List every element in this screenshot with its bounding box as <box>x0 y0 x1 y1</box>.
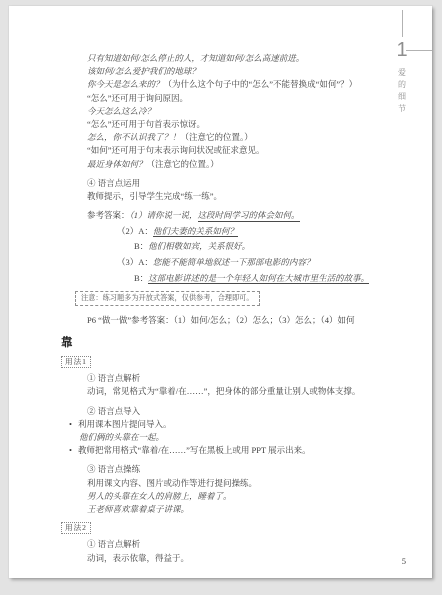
answer-underlined: 这段时间学习的体会如何。 <box>198 210 300 222</box>
grammar-rule: “如何”还可用于句末表示询问状况或征求意见。 <box>87 144 384 157</box>
example-text: 怎么，你不认识我了？！ <box>87 132 181 142</box>
answer-prefix: （3）A： <box>117 257 153 267</box>
grammar-rule: “怎么”还可用于询问原因。 <box>87 92 384 105</box>
answer-prefix: B： <box>134 273 148 283</box>
step-heading: ① 语言点解析 <box>87 538 384 551</box>
grammar-explanation: 动词，表示依靠，得益于。 <box>87 552 384 565</box>
example-sentence: 男人的头靠在女人的肩膀上，睡着了。 <box>87 490 384 503</box>
example-sentence: 你今天是怎么来的？（为什么这个句子中的“怎么”不能替换成“如何”？） <box>87 78 384 91</box>
step-heading: ② 语言点导入 <box>87 405 384 418</box>
page-sheet: 1 爱的细节 只有知道如何/怎么停止的人，才知道如何/怎么高速前进。 该如何/怎… <box>9 6 432 578</box>
answer-line-3a: （3）A：您能不能简单地叙述一下那部电影的内容？ <box>117 256 384 269</box>
example-sentence: 该如何/怎么爱护我们的地球？ <box>87 65 384 78</box>
step-heading-apply: ④ 语言点运用 <box>87 177 384 190</box>
usage2-label: 用法2 <box>61 522 91 534</box>
unit-title-vertical: 爱的细节 <box>397 68 408 116</box>
teacher-note: （注意它的位置。） <box>181 132 253 142</box>
answers-label: 参考答案： <box>87 210 130 220</box>
answer-underlined: 这部电影讲述的是一个年轻人如何在大城市里生活的故事。 <box>148 273 369 285</box>
bullet-icon: • <box>69 444 78 457</box>
unit-tab-vertical-rule <box>402 10 403 37</box>
step-heading: ① 语言点解析 <box>87 372 384 385</box>
unit-tab-horizontal-rule <box>406 50 432 51</box>
grammar-explanation: 动词，常见格式为“靠着/在……”，把身体的部分重量让别人或物体支撑。 <box>87 385 384 398</box>
teacher-note: （为什么这个句子中的“怎么”不能替换成“如何”？） <box>164 79 358 89</box>
answer-line-2b: B：他们相敬如宾，关系很好。 <box>134 240 384 253</box>
answer-text: 您能不能简单地叙述一下那部电影的内容？ <box>153 257 315 267</box>
drill-instruction: 利用课文内容、图片或动作等进行提问操练。 <box>87 477 384 490</box>
example-sentence: 怎么，你不认识我了？！（注意它的位置。） <box>87 131 384 144</box>
page-body: 只有知道如何/怎么停止的人，才知道如何/怎么高速前进。 该如何/怎么爱护我们的地… <box>61 52 384 565</box>
bullet-text: 教师把常用格式“靠着/在……”写在黑板上或用 PPT 展示出来。 <box>78 445 311 455</box>
answer-prefix: （1）请你说一说， <box>130 210 198 220</box>
answer-text: 他们相敬如宾，关系很好。 <box>148 241 250 251</box>
answer-line-3b: B：这部电影讲述的是一个年轻人如何在大城市里生活的故事。 <box>134 272 384 285</box>
example-text: 最近身体如何？ <box>87 159 147 169</box>
page-number: 5 <box>402 556 406 566</box>
notice-box: 注意：练习题多为开放式答案，仅供参考，合理即可。 <box>75 291 260 306</box>
unit-margin-tab: 1 爱的细节 <box>380 10 424 116</box>
step-heading: ③ 语言点操练 <box>87 463 384 476</box>
answer-line-2a: （2）A：他们夫妻的关系如何？ <box>117 225 384 238</box>
example-sentence: 只有知道如何/怎么停止的人，才知道如何/怎么高速前进。 <box>87 52 384 65</box>
example-sentence: 今天怎么这么冷？ <box>87 105 384 118</box>
grammar-rule: “怎么”还可用于句首表示惊讶。 <box>87 118 384 131</box>
grammar-headword: 靠 <box>61 336 384 350</box>
example-sentence: 他们俩的头靠在一起。 <box>79 431 384 444</box>
answer-line-1: 参考答案：（1）请你说一说，这段时间学习的体会如何。 <box>87 209 384 222</box>
answer-prefix: （2）A： <box>117 226 153 236</box>
answer-underlined: 他们夫妻的关系如何？ <box>153 226 238 238</box>
teacher-note: （注意它的位置。） <box>147 159 219 169</box>
answer-prefix: B： <box>134 241 148 251</box>
usage1-label: 用法1 <box>61 356 91 368</box>
example-sentence: 王老师喜欢靠着桌子讲课。 <box>87 503 384 516</box>
example-sentence: 最近身体如何？（注意它的位置。） <box>87 158 384 171</box>
usage2-section: 用法2 ① 语言点解析 动词，表示依靠，得益于。 <box>61 516 384 565</box>
p6-answers: P6 “做一做”参考答案：（1）如何/怎么；（2）怎么；（3）怎么；（4）如何 <box>87 314 384 327</box>
bullet-item: •教师把常用格式“靠着/在……”写在黑板上或用 PPT 展示出来。 <box>69 444 384 457</box>
bullet-icon: • <box>69 418 78 431</box>
example-text: 你今天是怎么来的？ <box>87 79 164 89</box>
usage1-section: 用法1 ① 语言点解析 动词，常见格式为“靠着/在……”，把身体的部分重量让别人… <box>61 350 384 516</box>
bullet-text: 利用课本图片提问导入。 <box>78 419 172 429</box>
teacher-tip: 教师提示，引导学生完成“练一练”。 <box>87 190 384 203</box>
bullet-item: •利用课本图片提问导入。 <box>69 418 384 431</box>
unit-number-row: 1 <box>380 37 424 63</box>
